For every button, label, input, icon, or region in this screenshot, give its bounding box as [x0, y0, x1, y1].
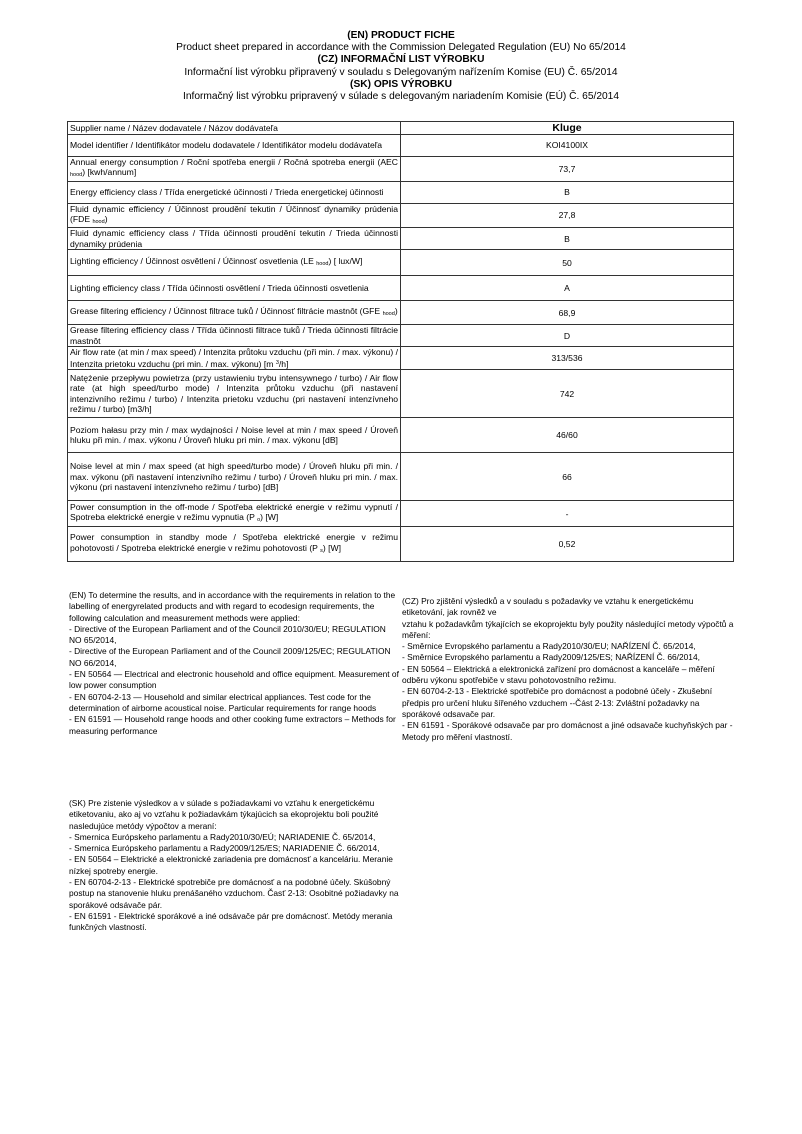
cz-title: (CZ) INFORMAČNÍ LIST VÝROBKU [0, 54, 802, 66]
en-title: (EN) PRODUCT FICHE [0, 30, 802, 42]
note-paragraph: - Smernica Európskeho parlamentu a Rady2… [69, 843, 399, 854]
table-row: Supplier name / Název dodavatele / Názov… [68, 122, 734, 135]
row-label-text: Grease filtering efficiency / Účinnost f… [70, 306, 383, 316]
note-paragraph: - Directive of the European Parliament a… [69, 624, 399, 647]
note-paragraph: (EN) To determine the results, and in ac… [69, 590, 399, 624]
note-paragraph: - EN 61591 — Household range hoods and o… [69, 714, 399, 737]
note-paragraph: - EN 60704-2-13 - Elektrické spotrebiče … [69, 877, 399, 911]
note-paragraph: (SK) Pre zistenie výsledkov a v súlade s… [69, 798, 399, 832]
row-value: 73,7 [401, 157, 734, 182]
table-row: Power consumption in the off-mode / Spot… [68, 501, 734, 527]
row-value: - [401, 501, 734, 527]
sk-subtitle: Informačný list výrobku pripravený v súl… [0, 91, 802, 103]
product-fiche-table: Supplier name / Název dodavatele / Názov… [67, 121, 734, 562]
notes-cz: (CZ) Pro zjištění výsledků a v souladu s… [402, 596, 737, 743]
table-row: Air flow rate (at min / max speed) / Int… [68, 347, 734, 370]
table-row: Lighting efficiency class / Třída účinno… [68, 276, 734, 301]
row-label-text: ) [ lux/W] [328, 256, 362, 266]
row-value: 742 [401, 370, 734, 418]
row-label: Poziom hałasu przy min / max wydajności … [68, 418, 401, 453]
row-value: 313/536 [401, 347, 734, 370]
row-label-text: Air flow rate (at min / max speed) / Int… [70, 347, 398, 368]
product-fiche-body: Supplier name / Název dodavatele / Názov… [68, 122, 734, 562]
table-row: Poziom hałasu przy min / max wydajności … [68, 418, 734, 453]
row-label-subscript: hood [92, 219, 104, 225]
row-label-text: ) [W] [260, 512, 278, 522]
cz-subtitle: Informační list výrobku připravený v sou… [0, 67, 802, 79]
note-paragraph: - EN 50564 – Elektrické a elektronické z… [69, 854, 399, 877]
row-label: Power consumption in the off-mode / Spot… [68, 501, 401, 527]
row-value: B [401, 228, 734, 250]
row-label-text: Annual energy consumption / Roční spotře… [70, 157, 398, 167]
table-row: Annual energy consumption / Roční spotře… [68, 157, 734, 182]
row-label-text: Noise level at min / max speed (at high … [70, 461, 398, 492]
row-label: Fluid dynamic efficiency / Účinnost prou… [68, 203, 401, 228]
table-row: Power consumption in standby mode / Spot… [68, 527, 734, 562]
sk-title: (SK) OPIS VÝROBKU [0, 79, 802, 91]
table-row: Energy efficiency class / Třída energeti… [68, 181, 734, 203]
row-value: B [401, 181, 734, 203]
row-label-text: /h] [279, 359, 289, 369]
row-label-text: Supplier name / Název dodavatele / Názov… [70, 123, 278, 133]
note-paragraph: - EN 50564 – Elektrická a elektronická z… [402, 664, 737, 687]
row-label: Supplier name / Název dodavatele / Názov… [68, 122, 401, 135]
table-row: Model identifier / Identifikátor modelu … [68, 135, 734, 157]
note-paragraph: - Smernica Európskeho parlamentu a Rady2… [69, 832, 399, 843]
row-label: Lighting efficiency class / Třída účinno… [68, 276, 401, 301]
row-label-text: Fluid dynamic efficiency class / Třída ú… [70, 228, 398, 248]
row-value: KOI4100IX [401, 135, 734, 157]
table-row: Grease filtering efficiency / Účinnost f… [68, 301, 734, 325]
row-label: Energy efficiency class / Třída energeti… [68, 181, 401, 203]
note-paragraph: (CZ) Pro zjištění výsledků a v souladu s… [402, 596, 737, 619]
note-paragraph: - EN 60704-2-13 - Elektrické spotřebiče … [402, 686, 737, 720]
note-paragraph: - Směrnice Evropského parlamentu a Rady2… [402, 652, 737, 663]
note-paragraph: vztahu k požadavkům týkajících se ekopro… [402, 619, 737, 642]
note-paragraph: - Directive of the European Parliament a… [69, 646, 399, 669]
row-label-subscript: hood [70, 172, 82, 178]
row-label-subscript: hood [383, 311, 395, 317]
row-label-text: ) [395, 306, 398, 316]
table-row: Lighting efficiency / Účinnost osvětlení… [68, 250, 734, 276]
row-label-text: Energy efficiency class / Třída energeti… [70, 187, 384, 197]
row-label-text: Lighting efficiency / Účinnost osvětlení… [70, 256, 316, 266]
row-value: 27,8 [401, 203, 734, 228]
row-value: D [401, 325, 734, 347]
row-label: Natężenie przepływu powietrza (przy usta… [68, 370, 401, 418]
note-paragraph: - EN 60704-2-13 — Household and similar … [69, 692, 399, 715]
row-value: 68,9 [401, 301, 734, 325]
note-paragraph: - EN 61591 - Sporákové odsavače par pro … [402, 720, 737, 743]
notes-sk: (SK) Pre zistenie výsledkov a v súlade s… [69, 798, 399, 934]
row-label-text: ) [W] [323, 543, 341, 553]
row-value: 66 [401, 453, 734, 501]
row-label-text: Grease filtering efficiency class / Tříd… [70, 325, 398, 345]
row-label-text: Fluid dynamic efficiency / Účinnost prou… [70, 204, 398, 224]
document-header: (EN) PRODUCT FICHE Product sheet prepare… [0, 30, 802, 103]
row-label: Grease filtering efficiency / Účinnost f… [68, 301, 401, 325]
table-row: Natężenie przepływu powietrza (przy usta… [68, 370, 734, 418]
row-label-text: ) [105, 214, 108, 224]
row-label: Grease filtering efficiency class / Tříd… [68, 325, 401, 347]
notes-en: (EN) To determine the results, and in ac… [69, 590, 399, 737]
table-row: Fluid dynamic efficiency / Účinnost prou… [68, 203, 734, 228]
row-value: 50 [401, 250, 734, 276]
row-label-text: Power consumption in standby mode / Spot… [70, 532, 398, 552]
note-paragraph: - EN 61591 - Elektrické sporákové a iné … [69, 911, 399, 934]
row-label-text: Natężenie przepływu powietrza (przy usta… [70, 373, 398, 414]
row-value: A [401, 276, 734, 301]
row-label-text: ) [kwh/annum] [82, 167, 136, 177]
row-label-text: Power consumption in the off-mode / Spot… [70, 502, 398, 522]
row-label-text: Poziom hałasu przy min / max wydajności … [70, 425, 398, 445]
row-value: 0,52 [401, 527, 734, 562]
row-label: Air flow rate (at min / max speed) / Int… [68, 347, 401, 370]
row-value: 46/60 [401, 418, 734, 453]
note-paragraph: - Směrnice Evropského parlamentu a Rady2… [402, 641, 737, 652]
supplier-name-value: Kluge [401, 122, 734, 135]
row-label: Power consumption in standby mode / Spot… [68, 527, 401, 562]
table-row: Grease filtering efficiency class / Tříd… [68, 325, 734, 347]
row-label-text: Lighting efficiency class / Třída účinno… [70, 283, 369, 293]
row-label: Lighting efficiency / Účinnost osvětlení… [68, 250, 401, 276]
en-subtitle: Product sheet prepared in accordance wit… [0, 42, 802, 54]
row-label-subscript: hood [316, 261, 328, 267]
row-label: Fluid dynamic efficiency class / Třída ú… [68, 228, 401, 250]
table-row: Noise level at min / max speed (at high … [68, 453, 734, 501]
note-paragraph: - EN 50564 — Electrical and electronic h… [69, 669, 399, 692]
row-label-text: Model identifier / Identifikátor modelu … [70, 140, 382, 150]
row-label: Model identifier / Identifikátor modelu … [68, 135, 401, 157]
table-row: Fluid dynamic efficiency class / Třída ú… [68, 228, 734, 250]
row-label: Annual energy consumption / Roční spotře… [68, 157, 401, 182]
row-label: Noise level at min / max speed (at high … [68, 453, 401, 501]
